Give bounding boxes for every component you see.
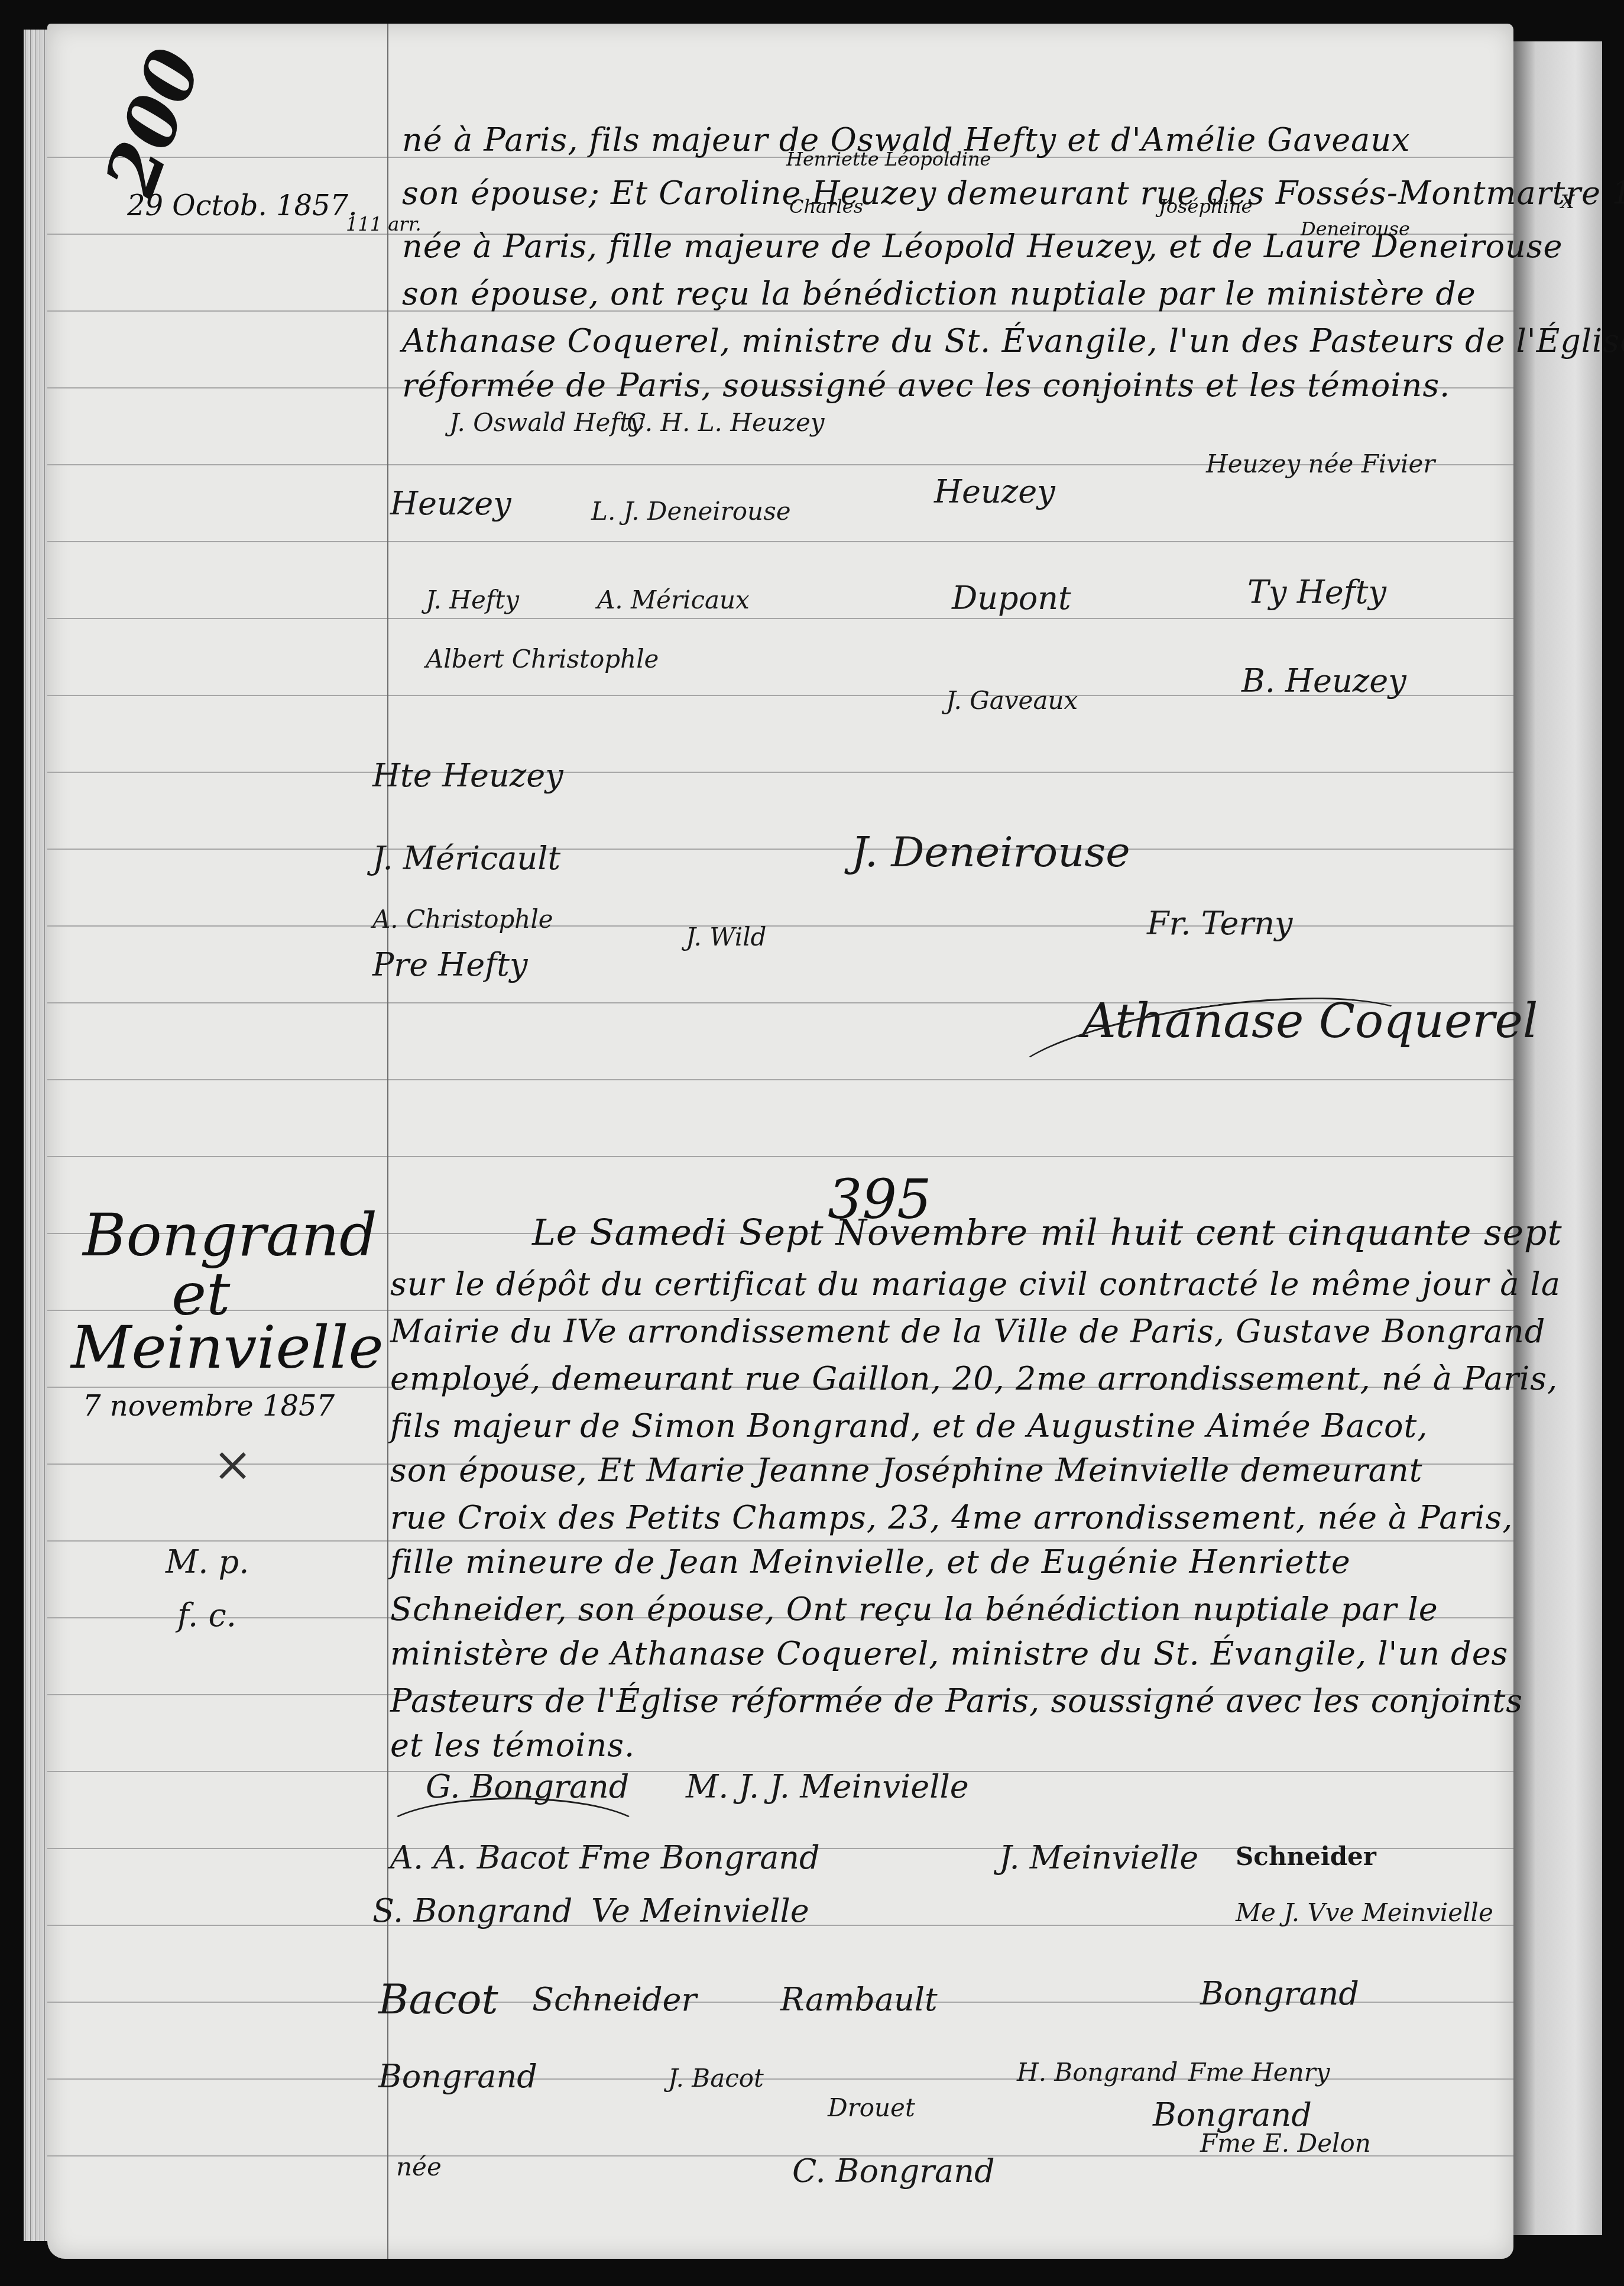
act-1-line-3: née à Paris, fille majeure de Léopold He… [402, 228, 1563, 265]
act-2-line-1: Le Samedi Sept Novembre mil huit cent ci… [532, 1212, 1563, 1254]
signature: Bongrand [378, 2058, 537, 2095]
signature: Bongrand [1153, 2096, 1312, 2133]
signature: Heuzey [390, 485, 511, 522]
act-2-line-5: fils majeur de Simon Bongrand, et de Aug… [390, 1407, 1428, 1445]
act-2-line-6: son épouse, Et Marie Jeanne Joséphine Me… [390, 1452, 1422, 1489]
signature: Heuzey [934, 473, 1055, 510]
act-2-line-8: fille mineure de Jean Meinvielle, et de … [390, 1543, 1351, 1581]
signature: J. Meinvielle [999, 1839, 1198, 1876]
signature: Bongrand [1200, 1975, 1359, 2012]
act-2-line-10: ministère de Athanase Coquerel, ministre… [390, 1635, 1508, 1672]
ruled-line [47, 849, 1513, 850]
margin-annotation: f. c. [177, 1597, 236, 1634]
ruled-line [47, 1310, 1513, 1311]
signature: Schneider [532, 1981, 696, 2018]
ruled-line [47, 925, 1513, 927]
ruled-line [47, 541, 1513, 542]
signature: Fme Henry [1188, 2058, 1330, 2087]
signature: Albert Christophle [426, 645, 659, 674]
act-2-line-12: et les témoins. [390, 1727, 635, 1764]
margin-cross-mark: × [213, 1437, 252, 1492]
signature: C. H. L. Heuzey [627, 408, 825, 437]
signature: Fme E. Delon [1200, 2129, 1371, 2158]
adjacent-page-edge [1513, 41, 1602, 2235]
ruled-line [47, 1156, 1513, 1157]
act-2-margin-date: 7 novembre 1857 [83, 1390, 335, 1423]
act-2-line-3: Mairie du IVe arrondissement de la Ville… [390, 1313, 1545, 1350]
signature: A. A. Bacot [390, 1839, 569, 1876]
signature: Schneider [1236, 1842, 1376, 1871]
signature: née [396, 2152, 442, 2181]
signature: J. Deneirouse [851, 828, 1130, 876]
signature: Ve Meinvielle [591, 1892, 809, 1929]
signature: Dupont [952, 579, 1071, 617]
signature: Rambault [780, 1981, 938, 2018]
signature: J. Gaveaux [946, 686, 1078, 715]
signature: B. Heuzey [1241, 662, 1406, 700]
signature: J. Bacot [668, 2064, 764, 2093]
signature: Fme Bongrand [579, 1839, 820, 1876]
act-2-line-2: sur le dépôt du certificat du mariage ci… [390, 1265, 1561, 1303]
signature: J. Oswald Hefty [449, 408, 644, 437]
signature: H. Bongrand [1017, 2058, 1178, 2087]
margin-name-bride: Meinvielle [71, 1313, 384, 1382]
act-1-line-5: Athanase Coquerel, ministre du St. Évang… [402, 322, 1624, 360]
act-1-line-1: né à Paris, fils majeur de Oswald Hefty … [402, 121, 1411, 158]
signature: L. J. Deneirouse [591, 497, 791, 526]
act-2-line-4: employé, demeurant rue Gaillon, 20, 2me … [390, 1360, 1558, 1397]
act-2-line-7: rue Croix des Petits Champs, 23, 4me arr… [390, 1499, 1513, 1536]
signature: J. Méricault [372, 840, 560, 877]
signature: C. Bongrand [792, 2152, 995, 2190]
signature: M. J. J. Meinvielle [686, 1768, 969, 1805]
signature: S. Bongrand [372, 1892, 572, 1929]
act-2-line-9: Schneider, son épouse, Ont reçu la bénéd… [390, 1591, 1438, 1628]
signature: Hte Heuzey [372, 757, 563, 794]
ruled-line [47, 1540, 1513, 1542]
act-1-line-6: réformée de Paris, soussigné avec les co… [402, 367, 1450, 404]
act-2-line-11: Pasteurs de l'Église réformée de Paris, … [390, 1682, 1523, 1720]
signature: Heuzey née Fivier [1206, 449, 1435, 478]
ruled-line [47, 618, 1513, 619]
signature: Drouet [828, 2093, 915, 2122]
signature: Ty Hefty [1247, 574, 1386, 611]
signature: J. Wild [686, 922, 766, 951]
signature: A. Méricaux [597, 585, 750, 614]
ruled-line [47, 772, 1513, 773]
signature: J. Hefty [426, 585, 519, 614]
signature: Me J. Vve Meinvielle [1236, 1898, 1493, 1927]
margin-annotation: M. p. [166, 1543, 249, 1581]
act-1-margin-date: 29 Octob. 1857. [127, 189, 357, 222]
act-1-line-4: son épouse, ont reçu la bénédiction nupt… [402, 275, 1476, 312]
signature: Fr. Terny [1147, 905, 1293, 942]
act-1-line-2: son épouse; Et Caroline Heuzey demeurant… [402, 174, 1624, 212]
signature: Pre Hefty [372, 946, 528, 983]
signature: Bacot [378, 1975, 498, 2023]
signature: A. Christophle [372, 905, 553, 934]
